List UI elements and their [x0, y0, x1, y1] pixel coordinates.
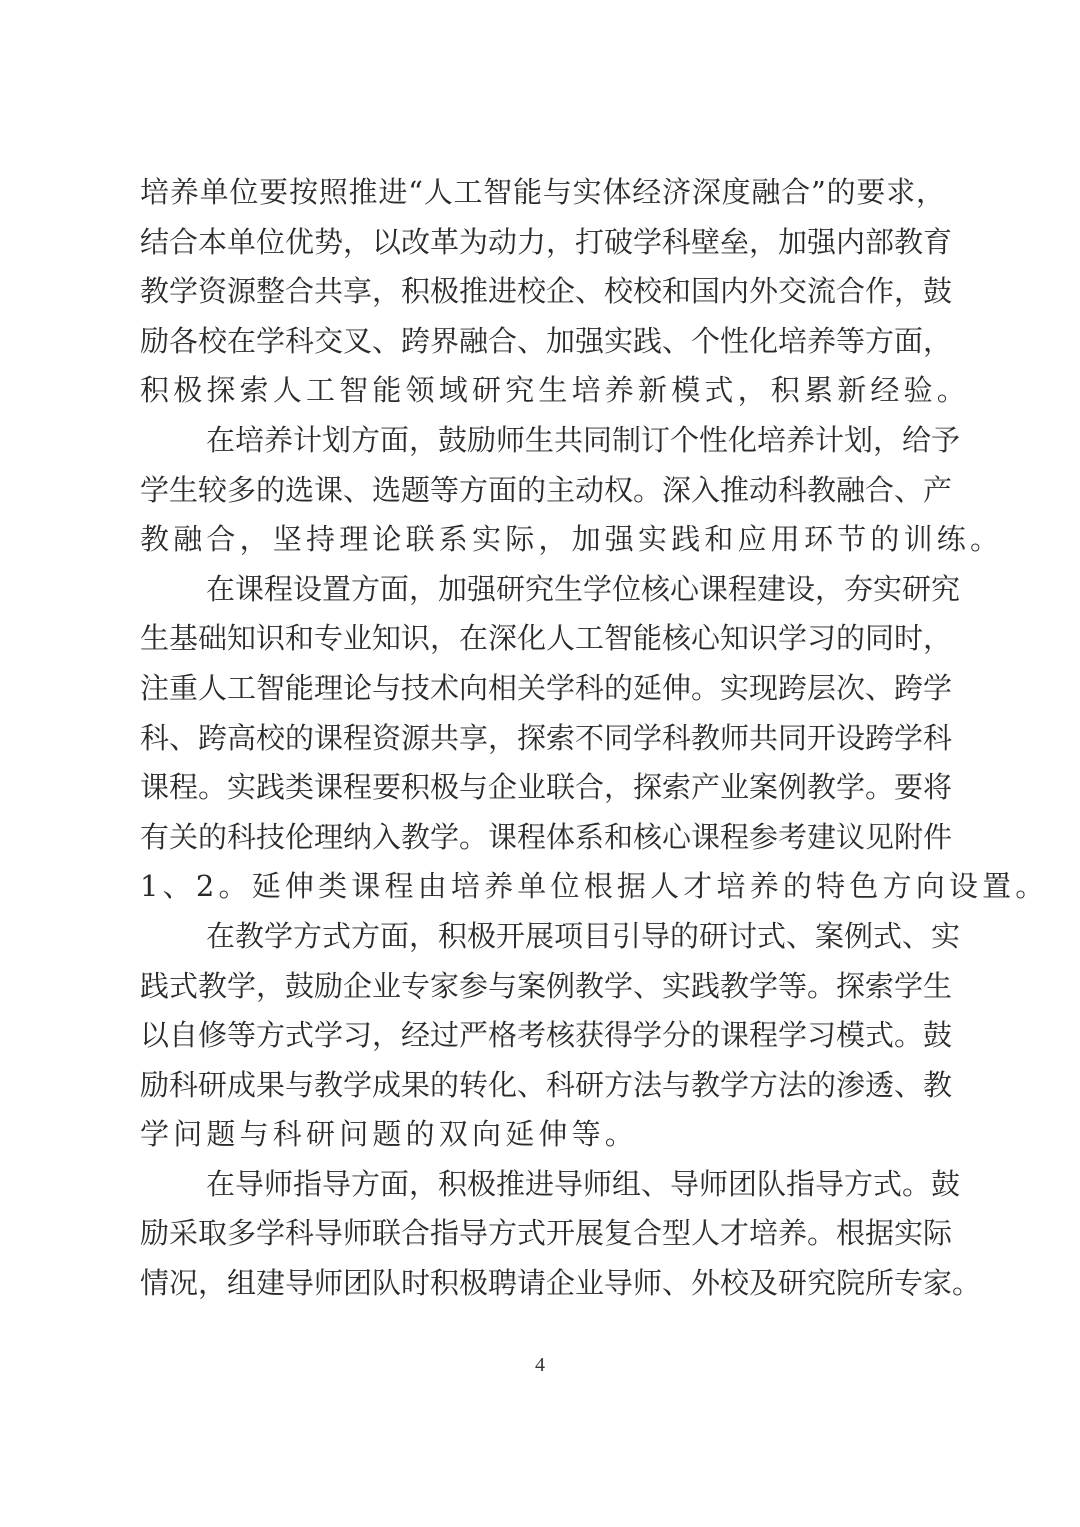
text-line: 励科研成果与教学成果的转化、科研方法与教学方法的渗透、教 [140, 1061, 945, 1111]
text-line: 培养单位要按照推进“人工智能与实体经济深度融合”的要求， [140, 168, 945, 218]
paragraph-supervision: 在导师指导方面，积极推进导师组、导师团队指导方式。鼓 励采取多学科导师联合指导方… [140, 1160, 945, 1309]
text-line: 科、跨高校的课程资源共享，探索不同学科教师共同开设跨学科 [140, 714, 945, 764]
text-line: 教融合，坚持理论联系实际，加强实践和应用环节的训练。 [140, 515, 945, 565]
document-page: 培养单位要按照推进“人工智能与实体经济深度融合”的要求， 结合本单位优势，以改革… [0, 0, 1080, 1527]
text-line: 有关的科技伦理纳入教学。课程体系和核心课程参考建议见附件 [140, 813, 945, 863]
text-line: 励各校在学科交叉、跨界融合、加强实践、个性化培养等方面， [140, 317, 945, 367]
text-line: 在导师指导方面，积极推进导师组、导师团队指导方式。鼓 [140, 1160, 945, 1210]
text-line: 学生较多的选课、选题等方面的主动权。深入推动科教融合、产 [140, 466, 945, 516]
paragraph-teaching-methods: 在教学方式方面，积极开展项目引导的研讨式、案例式、实 践式教学，鼓励企业专家参与… [140, 912, 945, 1160]
text-line: 1、2。延伸类课程由培养单位根据人才培养的特色方向设置。 [140, 862, 945, 912]
text-line: 课程。实践类课程要积极与企业联合，探索产业案例教学。要将 [140, 763, 945, 813]
text-line: 励采取多学科导师联合指导方式开展复合型人才培养。根据实际 [140, 1209, 945, 1259]
page-number: 4 [0, 1354, 1080, 1377]
text-line: 在课程设置方面，加强研究生学位核心课程建设，夯实研究 [140, 565, 945, 615]
paragraph-curriculum: 在课程设置方面，加强研究生学位核心课程建设，夯实研究 生基础知识和专业知识，在深… [140, 565, 945, 912]
text-line: 注重人工智能理论与技术向相关学科的延伸。实现跨层次、跨学 [140, 664, 945, 714]
text-line: 以自修等方式学习，经过严格考核获得学分的课程学习模式。鼓 [140, 1011, 945, 1061]
text-line: 教学资源整合共享，积极推进校企、校校和国内外交流合作，鼓 [140, 267, 945, 317]
paragraph-training-plan: 在培养计划方面，鼓励师生共同制订个性化培养计划，给予 学生较多的选课、选题等方面… [140, 416, 945, 565]
text-line: 积极探索人工智能领域研究生培养新模式，积累新经验。 [140, 366, 945, 416]
text-line: 结合本单位优势，以改革为动力，打破学科壁垒，加强内部教育 [140, 218, 945, 268]
document-body: 培养单位要按照推进“人工智能与实体经济深度融合”的要求， 结合本单位优势，以改革… [140, 168, 945, 1309]
text-line: 践式教学，鼓励企业专家参与案例教学、实践教学等。探索学生 [140, 962, 945, 1012]
text-line: 学问题与科研问题的双向延伸等。 [140, 1110, 945, 1160]
text-line: 在教学方式方面，积极开展项目引导的研讨式、案例式、实 [140, 912, 945, 962]
text-line: 生基础知识和专业知识，在深化人工智能核心知识学习的同时， [140, 614, 945, 664]
paragraph-intro: 培养单位要按照推进“人工智能与实体经济深度融合”的要求， 结合本单位优势，以改革… [140, 168, 945, 416]
text-line: 在培养计划方面，鼓励师生共同制订个性化培养计划，给予 [140, 416, 945, 466]
text-line: 情况，组建导师团队时积极聘请企业导师、外校及研究院所专家。 [140, 1259, 945, 1309]
